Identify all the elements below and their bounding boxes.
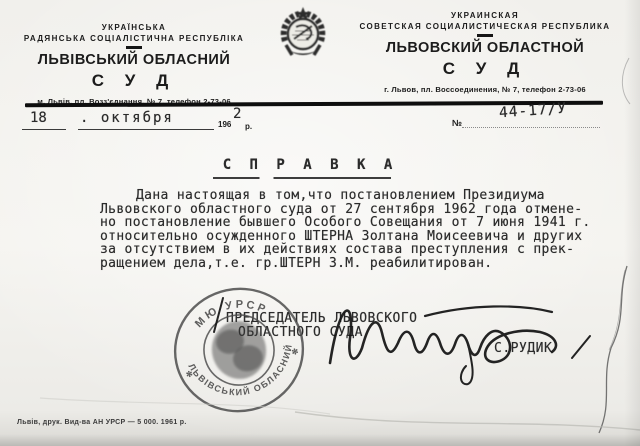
document-title: С П Р А В К А	[170, 157, 450, 173]
court-address-ru: г. Львов, пл. Воссоединения, № 7, телефо…	[338, 85, 632, 94]
letterhead-ukrainian: УКРАЇНСЬКА РАДЯНСЬКА СОЦІАЛІСТИЧНА РЕСПУ…	[8, 22, 260, 106]
printers-imprint: Львів, друк. Вид-ва АН УРСР — 5 000. 196…	[17, 419, 187, 426]
date-day: 18	[30, 110, 47, 126]
republic-line-1-uk: УКРАЇНСЬКА	[8, 22, 260, 33]
document-title-underline	[213, 177, 391, 179]
date-year-typed: 2	[233, 106, 241, 122]
letterhead-russian: УКРАИНСКАЯ СОВЕТСКАЯ СОЦИАЛИСТИЧЕСКАЯ РЕ…	[338, 10, 632, 94]
date-year-printed: 196	[218, 120, 231, 129]
case-number-underline	[462, 127, 600, 128]
date-day-underline	[22, 129, 66, 130]
date-year-suffix: р.	[245, 122, 252, 131]
body-line: относительно осужденного ШТЕРНА Золтана …	[100, 230, 612, 244]
page-edge-shadow-right	[624, 0, 640, 446]
court-name-ru: ЛЬВОВСКИЙ ОБЛАСТНОЙ	[338, 40, 632, 56]
case-number-value: 44-17/У	[499, 101, 568, 122]
court-name-uk: ЛЬВІВСЬКИЙ ОБЛАСНИЙ	[8, 52, 260, 68]
body-line: Дана настоящая в том,что постановлением …	[100, 189, 612, 203]
body-line: ращением дела,т.е. гр.ШТЕРН З.М. реабили…	[100, 257, 612, 271]
body-line: за отсутствием в их действиях состава пр…	[100, 243, 612, 257]
case-number-label: №	[452, 118, 462, 128]
handwritten-signature	[200, 288, 600, 398]
body-line: Львовского областного суда от 27 сентябр…	[100, 203, 612, 217]
court-word-uk: С У Д	[8, 71, 260, 91]
date-month-underline	[78, 129, 214, 130]
republic-line-2-ru: СОВЕТСКАЯ СОЦИАЛИСТИЧЕСКАЯ РЕСПУБЛИКА	[338, 21, 632, 32]
body-paragraph: Дана настоящая в том,что постановлением …	[100, 189, 612, 271]
letterhead-divider	[126, 46, 142, 49]
letterhead-divider	[477, 34, 493, 37]
court-word-ru: С У Д	[338, 59, 632, 79]
republic-line-1-ru: УКРАИНСКАЯ	[338, 10, 632, 21]
republic-line-2-uk: РАДЯНСЬКА СОЦІАЛІСТИЧНА РЕСПУБЛІКА	[8, 33, 260, 44]
scanned-certificate-page: УКРАЇНСЬКА РАДЯНСЬКА СОЦІАЛІСТИЧНА РЕСПУ…	[0, 0, 640, 446]
ussr-coat-of-arms-icon	[272, 5, 334, 63]
body-line: но постановление бывшего Особого Совещан…	[100, 216, 612, 230]
page-edge-shadow-bottom	[0, 434, 640, 446]
date-month: . октября	[80, 110, 174, 126]
